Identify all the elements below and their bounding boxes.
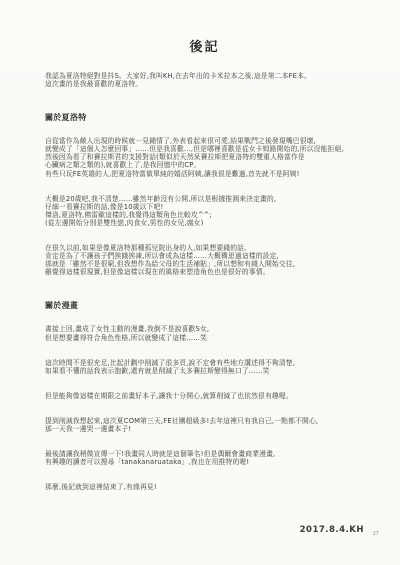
text-line: 心臟病之類之類的),就喜歡上了,是我回憶中的CP。	[45, 161, 364, 169]
paragraph: 在很久以前,如果是像夏洛特那種孤兒院出身的人,如果想要錢的話, 肯定是為了不讓孩…	[45, 244, 364, 276]
text-line: 肯定是為了不讓孩子們挨餓挨凍,所以會成為這樣……大概構思過這樣的設定,	[45, 252, 364, 260]
text-line: 但是想要畫得符合角色性格,所以就變成了這樣……笑	[45, 334, 364, 342]
text-line: 那麼,後記就到這裡結束了,有緣再見!	[45, 483, 364, 491]
paragraph: 最後請讓我稍微宣傳一下!我畫同人時就是這個筆名!但是偶爾會畫商業漫畫, 有興趣的…	[45, 450, 364, 466]
text-line: 如果看不懂的話我表示抱歉,還有就是削減了太多賽拉斯變得無口了……笑	[45, 367, 364, 375]
paragraph: 這次時間不是很充足,比起計劃中削減了很多頁,說不定會有些地方講述得不夠清楚, 如…	[45, 359, 364, 375]
paragraph: 自從當作為敵人出現的時候就一見鍾情了,外表看起來很可愛,結果戰鬥之後發現嘴巴很壞…	[45, 137, 364, 177]
section-about-manga: 關於漫畫 書接上回,畫成了女性主動的漫畫,我倒不是說喜歡S女, 但是想要畫得符合…	[45, 300, 364, 491]
section-heading: 關於夏洛特	[45, 112, 364, 123]
text-line: 提到削減我想起來,這次夏COM第三天,FE社團超級多!去年這裡只有我自己,一點都…	[45, 417, 364, 425]
afterword-page: 後記 我認為夏洛特絕對是抖S。大家好,我叫KH,在去年出的卡米拉本之後,這是第二…	[0, 0, 400, 565]
section-about-charlotte: 關於夏洛特 自從當作為敵人出現的時候就一見鍾情了,外表看起來很可愛,結果戰鬥之後…	[45, 112, 364, 276]
paragraph: 書接上回,畫成了女性主動的漫畫,我倒不是說喜歡S女, 但是想要畫得符合角色性格,…	[45, 325, 364, 341]
text-line: (從左邊開始分別是雙性戀,肉食女,男性的女兒,腐女)	[45, 219, 364, 227]
text-line: 傑洛,夏洛特,佛雷歐這樣的,我覺得這類角色比較攻^^;	[45, 211, 364, 219]
text-line: 大概是20歲吧,我不清楚……雖然年齡沒有公開,所以是根據推測來決定畫的,	[45, 195, 364, 203]
text-line: 我認為夏洛特絕對是抖S。大家好,我叫KH,在去年出的卡米拉本之後,這是第二本FE…	[45, 72, 364, 80]
text-line: 有些只玩FE英雄的人,把夏洛特當做單純的婚活阿姨,讓我很是難過,首先就不是阿姨!	[45, 170, 364, 178]
section-heading: 關於漫畫	[45, 300, 364, 311]
date-signature: 2017.8.4.KH	[45, 525, 364, 535]
paragraph: 但是能夠像這樣在期限之前畫好本子,讓我十分開心,就算削減了也依然很有趣喔。	[45, 392, 364, 400]
text-line: 那一天我一邊哭一邊畫本子!	[45, 425, 364, 433]
page-title: 後記	[45, 36, 364, 55]
text-line: 雖覺得這樣很現實,但是像這樣以現在的風格來塑造角色也是很好的事情。	[45, 268, 364, 276]
text-line: 這次畫的是我最喜歡的夏洛特。	[45, 80, 364, 88]
text-line: 最後請讓我稍微宣傳一下!我畫同人時就是這個筆名!但是偶爾會畫商業漫畫,	[45, 450, 364, 458]
page-number: 27	[373, 531, 379, 537]
text-line: 但是能夠像這樣在期限之前畫好本子,讓我十分開心,就算削減了也依然很有趣喔。	[45, 392, 364, 400]
text-line: 書接上回,畫成了女性主動的漫畫,我倒不是說喜歡S女,	[45, 325, 364, 333]
text-line: 有興趣的讀者可以搜尋「tanakanaruataka」,我也在用推特的喔!	[45, 458, 364, 466]
paragraph: 那麼,後記就到這裡結束了,有緣再見!	[45, 483, 364, 491]
text-line: 在很久以前,如果是像夏洛特那種孤兒院出身的人,如果想要錢的話,	[45, 244, 364, 252]
paragraph: 大概是20歲吧,我不清楚……雖然年齡沒有公開,所以是根據推測來決定畫的, 仔細一…	[45, 195, 364, 227]
text-line: 仔細一看賽拉斯的話,像是10歲以下吧!	[45, 203, 364, 211]
intro-paragraph: 我認為夏洛特絕對是抖S。大家好,我叫KH,在去年出的卡米拉本之後,這是第二本FE…	[45, 72, 364, 88]
paragraph: 提到削減我想起來,這次夏COM第三天,FE社團超級多!去年這裡只有我自己,一點都…	[45, 417, 364, 433]
text-line: 這次時間不是很充足,比起計劃中削減了很多頁,說不定會有些地方講述得不夠清楚,	[45, 359, 364, 367]
